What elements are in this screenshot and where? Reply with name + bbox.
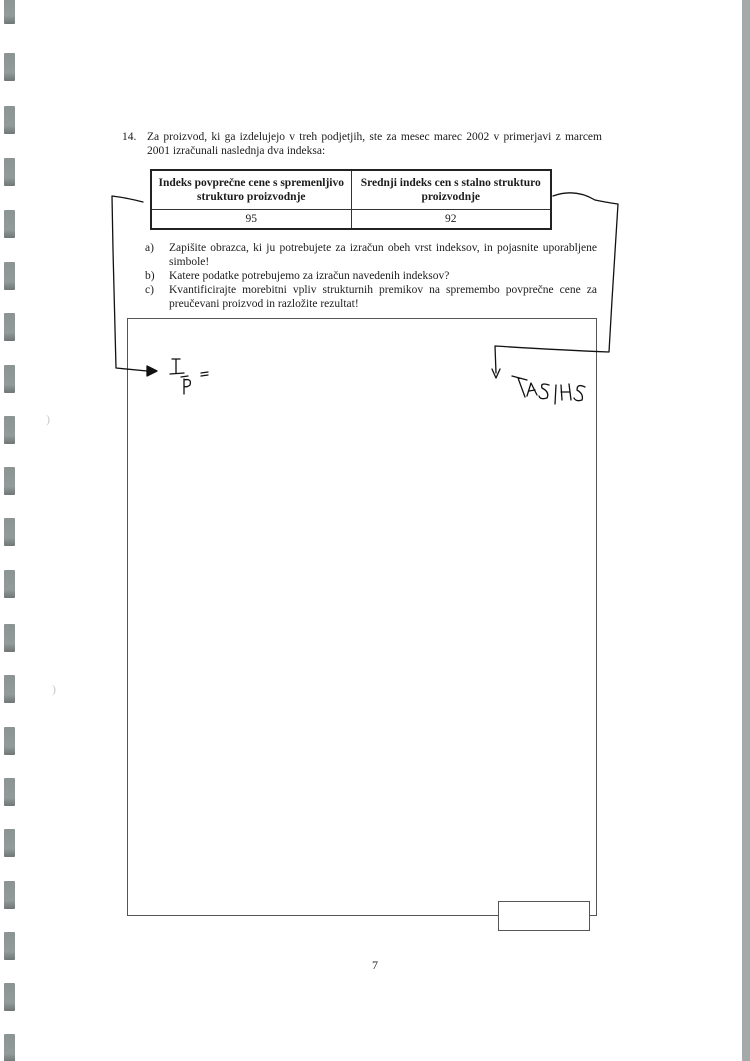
binding-hole — [4, 53, 15, 81]
index-table: Indeks povprečne cene s spremenljivo str… — [150, 169, 552, 230]
binding-hole — [4, 778, 15, 806]
question-number: 14. — [122, 130, 136, 144]
subquestion-text: Katere podatke potrebujemo za izračun na… — [169, 269, 597, 283]
binding-hole — [4, 467, 15, 495]
page-number: 7 — [0, 958, 750, 973]
binding-hole — [4, 106, 15, 134]
binding-hole — [4, 365, 15, 393]
scan-edge-strip — [742, 0, 750, 1061]
question-text: Za proizvod, ki ga izdelujejo v treh pod… — [147, 130, 602, 158]
binding-hole — [4, 210, 15, 238]
binding-hole — [4, 158, 15, 186]
binding-hole — [4, 1034, 15, 1061]
binding-hole — [4, 675, 15, 703]
table-value-variable-structure: 95 — [151, 210, 351, 230]
table-header-row: Indeks povprečne cene s spremenljivo str… — [151, 170, 551, 210]
scan-artifact: ) — [46, 412, 50, 427]
question-14: 14. Za proizvod, ki ga izdelujejo v treh… — [122, 130, 602, 158]
subquestion-c: c) Kvantificirajte morebitni vpliv struk… — [145, 283, 597, 311]
subquestion-label: c) — [145, 283, 154, 297]
binding-hole — [4, 932, 15, 960]
table-header-constant-structure: Srednji indeks cen s stalno strukturo pr… — [351, 170, 551, 210]
table-header-variable-structure: Indeks povprečne cene s spremenljivo str… — [151, 170, 351, 210]
binding-hole — [4, 416, 15, 444]
subquestion-a: a) Zapišite obrazca, ki ju potrebujete z… — [145, 241, 597, 269]
binding-hole — [4, 983, 15, 1011]
subquestion-label: b) — [145, 269, 155, 283]
table-row: 95 92 — [151, 210, 551, 230]
table-value-constant-structure: 92 — [351, 210, 551, 230]
binding-hole — [4, 0, 15, 24]
subquestion-label: a) — [145, 241, 154, 255]
binding-hole — [4, 727, 15, 755]
binding-hole — [4, 313, 15, 341]
binding-hole — [4, 570, 15, 598]
binding-hole — [4, 518, 15, 546]
binding-hole — [4, 881, 15, 909]
binding-hole — [4, 829, 15, 857]
score-box[interactable] — [498, 901, 590, 931]
binding-hole — [4, 262, 15, 290]
binding-hole — [4, 624, 15, 652]
subquestion-text: Kvantificirajte morebitni vpliv struktur… — [169, 283, 597, 311]
subquestion-b: b) Katere podatke potrebujemo za izračun… — [145, 269, 597, 283]
scan-artifact: ) — [52, 682, 56, 697]
answer-area[interactable] — [127, 318, 597, 916]
subquestion-text: Zapišite obrazca, ki ju potrebujete za i… — [169, 241, 597, 269]
